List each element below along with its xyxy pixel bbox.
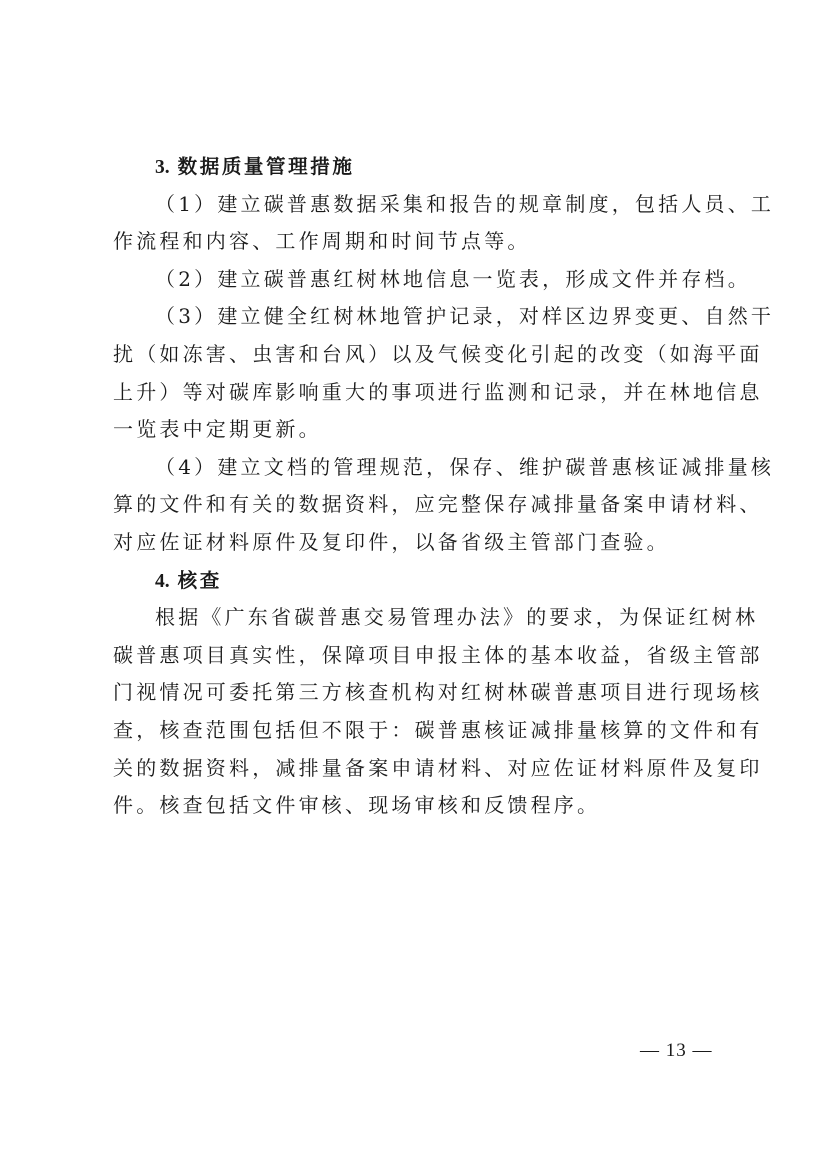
- section-heading-4: 4.核查: [113, 562, 725, 600]
- section-title: 数据质量管理措施: [178, 155, 355, 178]
- section-title: 核查: [178, 569, 222, 592]
- paragraph-line: 件。核查包括文件审核、现场审核和反馈程序。: [113, 787, 725, 825]
- paragraph-line: （3）建立健全红树林地管护记录，对样区边界变更、自然干: [113, 298, 725, 336]
- paragraph-line: 上升）等对碳库影响重大的事项进行监测和记录，并在林地信息: [113, 374, 725, 412]
- paragraph-line: 算的文件和有关的数据资料，应完整保存减排量备案申请材料、: [113, 486, 725, 524]
- paragraph-line: 查，核查范围包括但不限于：碳普惠核证减排量核算的文件和有: [113, 712, 725, 750]
- section-number: 4.: [155, 571, 170, 592]
- paragraph-line: 一览表中定期更新。: [113, 411, 725, 449]
- section-heading-3: 3.数据质量管理措施: [113, 148, 725, 186]
- paragraph-line: 关的数据资料，减排量备案申请材料、对应佐证材料原件及复印: [113, 750, 725, 788]
- paragraph-line: （1）建立碳普惠数据采集和报告的规章制度，包括人员、工: [113, 186, 725, 224]
- section-number: 3.: [155, 157, 170, 178]
- paragraph-line: （4）建立文档的管理规范，保存、维护碳普惠核证减排量核: [113, 449, 725, 487]
- paragraph-line: 门视情况可委托第三方核查机构对红树林碳普惠项目进行现场核: [113, 674, 725, 712]
- paragraph-line: 作流程和内容、工作周期和时间节点等。: [113, 223, 725, 261]
- paragraph-line: 碳普惠项目真实性，保障项目申报主体的基本收益，省级主管部: [113, 637, 725, 675]
- paragraph-line: 扰（如冻害、虫害和台风）以及气候变化引起的改变（如海平面: [113, 336, 725, 374]
- paragraph-line: 对应佐证材料原件及复印件，以备省级主管部门查验。: [113, 524, 725, 562]
- document-page: 3.数据质量管理措施 （1）建立碳普惠数据采集和报告的规章制度，包括人员、工 作…: [113, 148, 725, 825]
- page-number: — 13 —: [640, 1040, 713, 1062]
- paragraph-line: （2）建立碳普惠红树林地信息一览表，形成文件并存档。: [113, 261, 725, 299]
- paragraph-line: 根据《广东省碳普惠交易管理办法》的要求，为保证红树林: [113, 599, 725, 637]
